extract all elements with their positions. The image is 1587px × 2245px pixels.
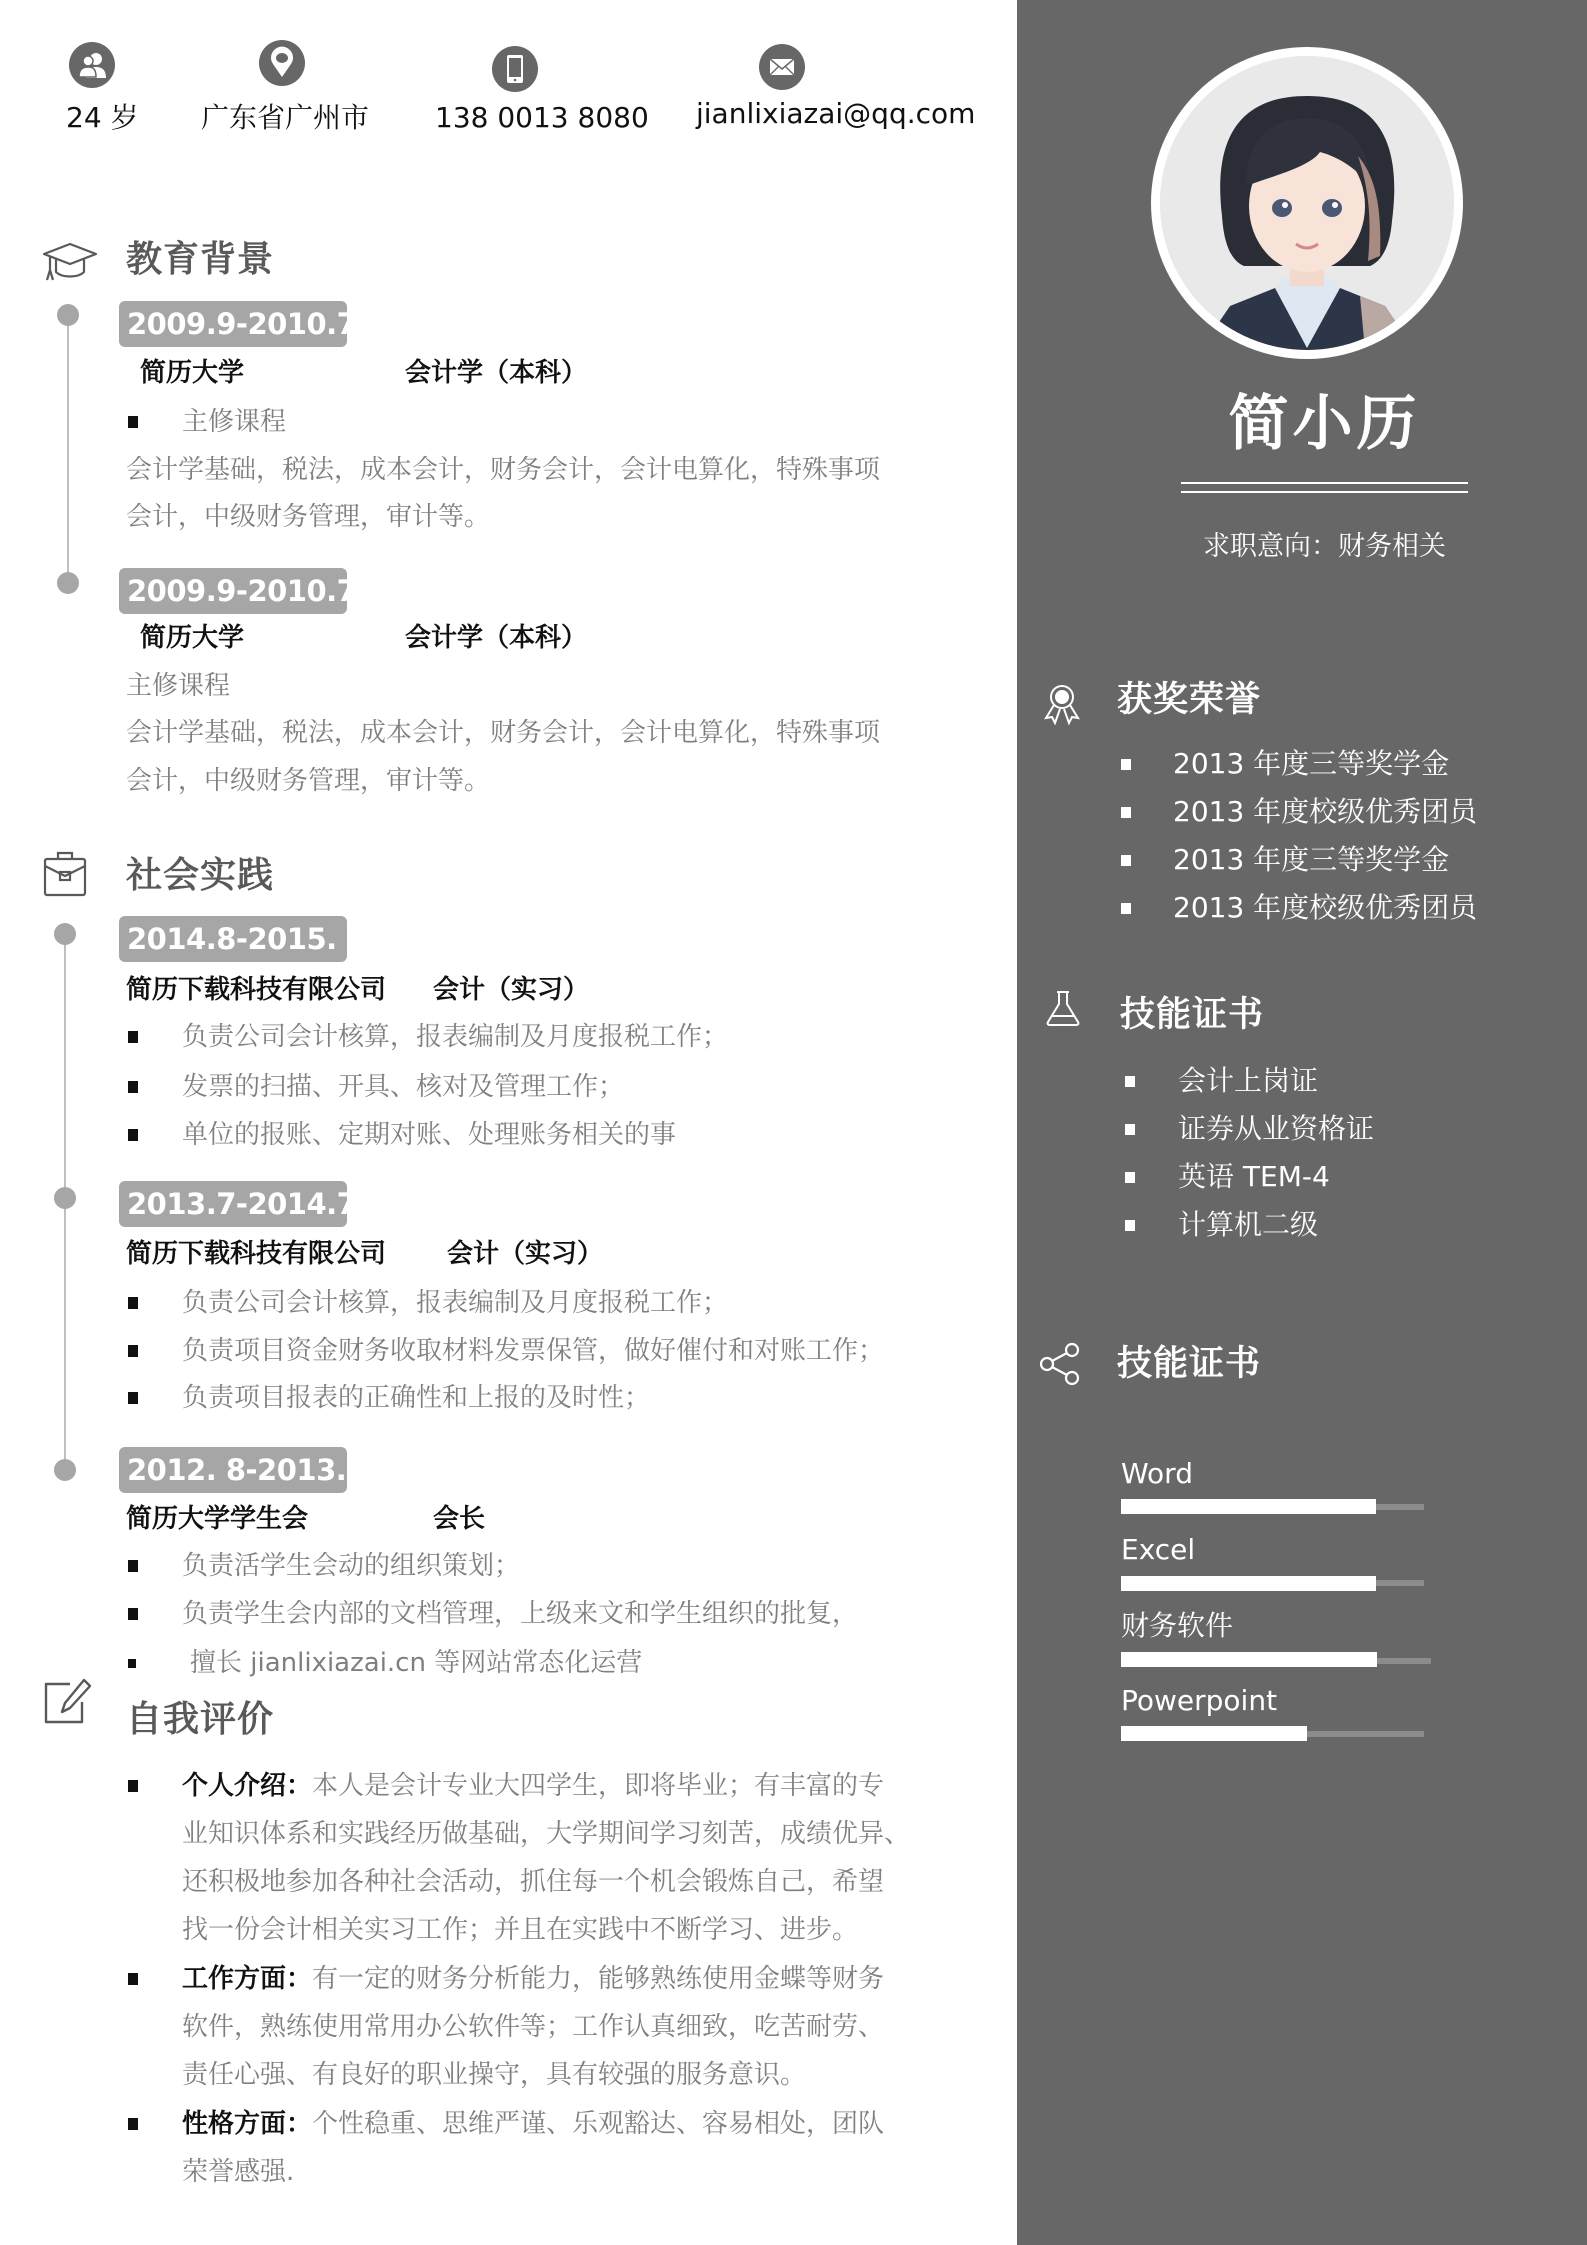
divider-line: [1181, 482, 1468, 484]
certificate-item: 证券从业资格证: [1178, 1110, 1374, 1148]
duty-text: 负责公司会计核算，报表编制及月度报税工作；: [182, 1019, 728, 1055]
skill-label-powerpoint: Powerpoint: [1121, 1683, 1277, 1719]
duty-text: 负责项目报表的正确性和上报的及时性；: [182, 1380, 650, 1416]
bullet-square: [1121, 759, 1131, 770]
school-name: 简历大学: [140, 620, 244, 656]
bullet-square: [128, 1031, 138, 1043]
eval-line-text: 个性稳重、思维严谨、乐观豁达、容易相处，团队: [312, 2109, 884, 2139]
bullet-square: [1125, 1172, 1135, 1183]
timeline-dot: [57, 572, 79, 594]
bullet-square: [128, 1608, 138, 1620]
timeline-dot: [54, 1459, 76, 1481]
certificates-title: 技能证书: [1120, 992, 1264, 1038]
courses-text: 会计学基础，税法，成本会计，财务会计，会计电算化，特殊事项: [126, 452, 880, 488]
date-badge: 2009.9-2010.7: [119, 568, 347, 614]
bullet-square: [128, 1392, 138, 1404]
bullet-square: [1121, 855, 1131, 866]
date-badge: 2014.8-2015. 4: [119, 916, 347, 962]
courses-label: 主修课程: [126, 668, 230, 704]
award-item: 2013 年度三等奖学金: [1173, 841, 1449, 879]
org-name: 简历下载科技有限公司: [126, 1236, 386, 1272]
role-name: 会长: [433, 1501, 485, 1537]
briefcase-icon: [40, 846, 100, 906]
bullet-square: [1125, 1124, 1135, 1135]
skill-label-excel: Excel: [1121, 1532, 1195, 1568]
location-text: 广东省广州市: [201, 98, 369, 138]
share-nodes-icon: [1036, 1340, 1082, 1388]
users-icon: [69, 42, 115, 88]
major-name: 会计学（本科）: [405, 355, 587, 391]
candidate-name: 简小历: [1181, 388, 1468, 460]
courses-text: 会计，中级财务管理，审计等。: [126, 763, 490, 799]
phone-text: 138 0013 8080: [435, 98, 649, 138]
job-intent: 求职意向：财务相关: [1181, 527, 1468, 567]
duty-text: 发票的扫描、开具、核对及管理工作；: [182, 1069, 624, 1105]
bullet-square: [128, 1129, 138, 1141]
age-text: 24 岁: [66, 98, 139, 138]
duty-text: 单位的报账、定期对账、处理账务相关的事: [182, 1117, 676, 1153]
mobile-phone-icon: [492, 46, 538, 92]
graduation-cap-icon: [40, 232, 100, 292]
award-ribbon-icon: [1039, 680, 1085, 726]
bullet-square: [128, 1297, 138, 1309]
org-name: 简历大学学生会: [126, 1501, 308, 1537]
flask-icon: [1043, 988, 1083, 1028]
self-eval-title: 自我评价: [126, 1696, 274, 1744]
awards-title: 获奖荣誉: [1117, 677, 1261, 723]
eval-line-text: 有一定的财务分析能力，能够熟练使用金蝶等财务: [312, 1964, 884, 1994]
education-title: 教育背景: [126, 236, 274, 284]
bullet-square: [1121, 807, 1131, 818]
bullet-square: [128, 1560, 138, 1572]
skill-fill-powerpoint: [1121, 1726, 1307, 1741]
bullet-square: [128, 416, 138, 428]
bullet-square: [128, 1973, 138, 1985]
timeline-dot: [54, 1187, 76, 1209]
duty-text: 擅长 jianlixiazai.cn 等网站常态化运营: [190, 1645, 642, 1681]
eval-text: 业知识体系和实践经历做基础，大学期间学习刻苦，成绩优异、: [182, 1816, 910, 1852]
duty-text: 负责学生会内部的文档管理，上级来文和学生组织的批复，: [182, 1596, 858, 1632]
award-item: 2013 年度校级优秀团员: [1173, 793, 1477, 831]
eval-label: 工作方面：: [182, 1964, 312, 1994]
timeline-dot: [54, 923, 76, 945]
bullet-square: [1125, 1220, 1135, 1231]
skill-label-finance-software: 财务软件: [1121, 1608, 1233, 1644]
divider-line: [1181, 491, 1468, 493]
skill-fill-word: [1121, 1499, 1376, 1514]
bullet-square: [128, 1780, 138, 1792]
award-item: 2013 年度校级优秀团员: [1173, 889, 1477, 927]
skill-fill-excel: [1121, 1576, 1376, 1591]
skills-title: 技能证书: [1117, 1341, 1261, 1387]
timeline-line: [67, 316, 69, 584]
avatar: [1160, 56, 1454, 350]
eval-text: 软件，熟练使用常用办公软件等；工作认真细致，吃苦耐劳、: [182, 2009, 884, 2045]
eval-text: 荣誉感强.: [182, 2154, 294, 2190]
award-item: 2013 年度三等奖学金: [1173, 745, 1449, 783]
duty-text: 负责项目资金财务收取材料发票保管，做好催付和对账工作；: [182, 1333, 884, 1369]
school-name: 简历大学: [140, 355, 244, 391]
eval-text: 性格方面：个性稳重、思维严谨、乐观豁达、容易相处，团队: [182, 2106, 884, 2142]
timeline-dot: [57, 304, 79, 326]
date-badge: 2009.9-2010.7: [119, 301, 347, 347]
certificate-item: 英语 TEM-4: [1178, 1158, 1330, 1196]
skill-fill-finance-software: [1121, 1652, 1377, 1667]
bullet-square: [1121, 903, 1131, 914]
email-text: jianlixiazai@qq.com: [696, 94, 975, 134]
location-pin-icon: [259, 40, 305, 86]
date-badge: 2013.7-2014.7: [119, 1181, 347, 1227]
certificate-item: 会计上岗证: [1178, 1062, 1318, 1100]
eval-text: 还积极地参加各种社会活动，抓住每一个机会锻炼自己，希望: [182, 1864, 884, 1900]
courses-text: 会计学基础，税法，成本会计，财务会计，会计电算化，特殊事项: [126, 715, 880, 751]
eval-text: 个人介绍：本人是会计专业大四学生，即将毕业；有丰富的专: [182, 1768, 884, 1804]
courses-label: 主修课程: [182, 404, 286, 440]
major-name: 会计学（本科）: [405, 620, 587, 656]
role-name: 会计（实习）: [433, 972, 589, 1008]
role-name: 会计（实习）: [447, 1236, 603, 1272]
certificate-item: 计算机二级: [1178, 1206, 1318, 1244]
date-badge: 2012. 8-2013.9: [119, 1447, 347, 1493]
eval-text: 找一份会计相关实习工作；并且在实践中不断学习、进步。: [182, 1912, 858, 1948]
bullet-square: [1125, 1076, 1135, 1087]
eval-label: 性格方面：: [182, 2109, 312, 2139]
skill-label-word: Word: [1121, 1456, 1193, 1492]
bullet-square: [128, 2118, 138, 2130]
duty-text: 负责公司会计核算，报表编制及月度报税工作；: [182, 1285, 728, 1321]
eval-line-text: 本人是会计专业大四学生，即将毕业；有丰富的专: [312, 1771, 884, 1801]
org-name: 简历下载科技有限公司: [126, 972, 386, 1008]
bullet-square: [128, 1345, 138, 1357]
edit-pencil-icon: [40, 1676, 100, 1736]
eval-text: 工作方面：有一定的财务分析能力，能够熟练使用金蝶等财务: [182, 1961, 884, 1997]
bullet-square: [128, 1081, 138, 1093]
eval-label: 个人介绍：: [182, 1771, 312, 1801]
eval-text: 责任心强、有良好的职业操守，具有较强的服务意识。: [182, 2057, 806, 2093]
bullet-square: [128, 1659, 136, 1668]
avatar-photo: [1160, 56, 1454, 350]
duty-text: 负责活学生会动的组织策划；: [182, 1548, 520, 1584]
practice-title: 社会实践: [126, 852, 274, 900]
envelope-icon: [759, 44, 805, 90]
courses-text: 会计，中级财务管理，审计等。: [126, 499, 490, 535]
